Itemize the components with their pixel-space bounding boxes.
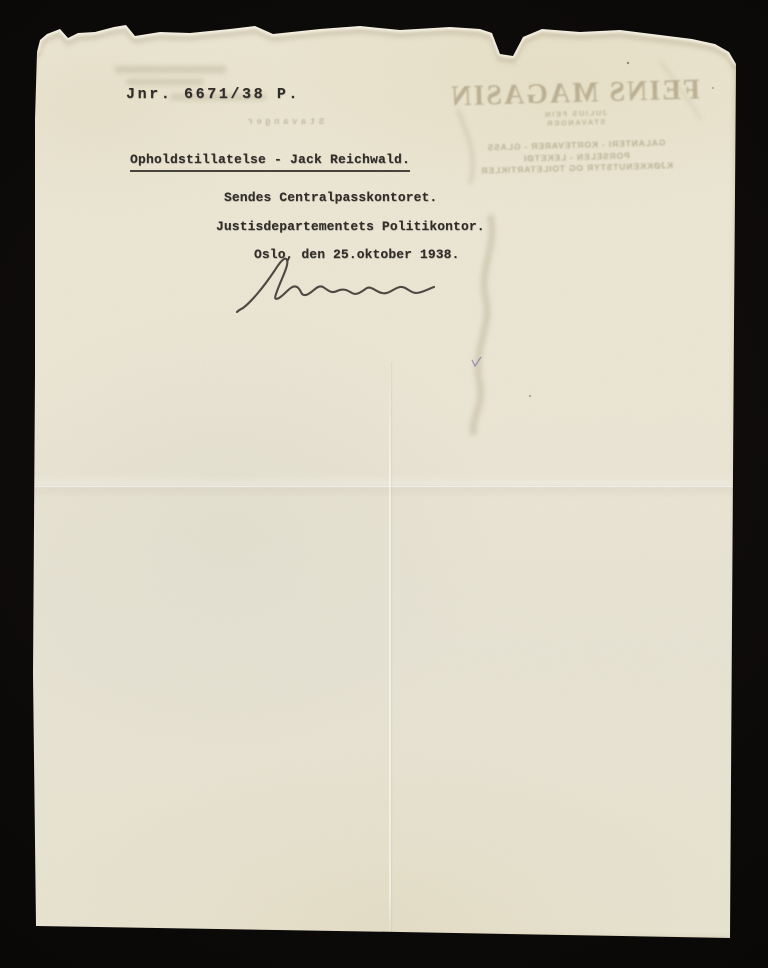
bleedthrough-store-name: FEINS MAGASIN	[426, 70, 723, 113]
bleedthrough-owner-line: JULIUS FEIN	[427, 105, 723, 122]
torn-edge-highlight	[37, 25, 736, 64]
body-line-date: Oslo, den 25.oktober 1938.	[254, 247, 459, 262]
bleedthrough-city-line: STAVANGER	[427, 114, 723, 131]
bleedthrough-tagline: GALANTERI - KORTEVARER - GLASS	[428, 136, 724, 156]
horizontal-fold-crease	[30, 485, 738, 488]
bleedthrough-smudge	[114, 66, 226, 73]
document-heading: Opholdstillatelse - Jack Reichwald.	[130, 152, 410, 172]
bleedthrough-smudge	[126, 79, 204, 85]
journal-number: Jnr. 6671/38 P.	[126, 86, 300, 103]
screenshot-root: { "document": { "journal_number": "Jnr. …	[0, 0, 768, 968]
body-line-justisdepartementet: Justisdepartementets Politikontor.	[216, 219, 485, 234]
paper-speck	[712, 87, 714, 89]
pencil-check-mark	[472, 357, 481, 366]
bleedthrough-tagline: PORSELEN - LEKETØI	[428, 147, 724, 167]
bleedthrough-scrawl	[473, 215, 492, 435]
corner-crumple-line	[660, 60, 702, 120]
bleedthrough-mark	[458, 109, 473, 184]
torn-edge-shadow	[37, 30, 736, 69]
vertical-fold-crease	[389, 362, 391, 940]
bleedthrough-letterhead: FEINS MAGASIN JULIUS FEIN STAVANGER GALA…	[426, 70, 726, 212]
body-line-sendes: Sendes Centralpasskontoret.	[224, 190, 437, 205]
bleedthrough-margin-city: Stavanger	[228, 117, 340, 127]
paper-speck	[627, 62, 629, 64]
photo-background: FEINS MAGASIN JULIUS FEIN STAVANGER GALA…	[0, 0, 768, 968]
bleedthrough-taglines: GALANTERI - KORTEVARER - GLASS PORSELEN …	[428, 136, 725, 179]
paper-speck	[529, 395, 531, 397]
document-page: FEINS MAGASIN JULIUS FEIN STAVANGER GALA…	[30, 24, 738, 942]
bleedthrough-tagline: KJØKKENUTSTYR OG TOILETARTIKLER	[429, 159, 725, 179]
